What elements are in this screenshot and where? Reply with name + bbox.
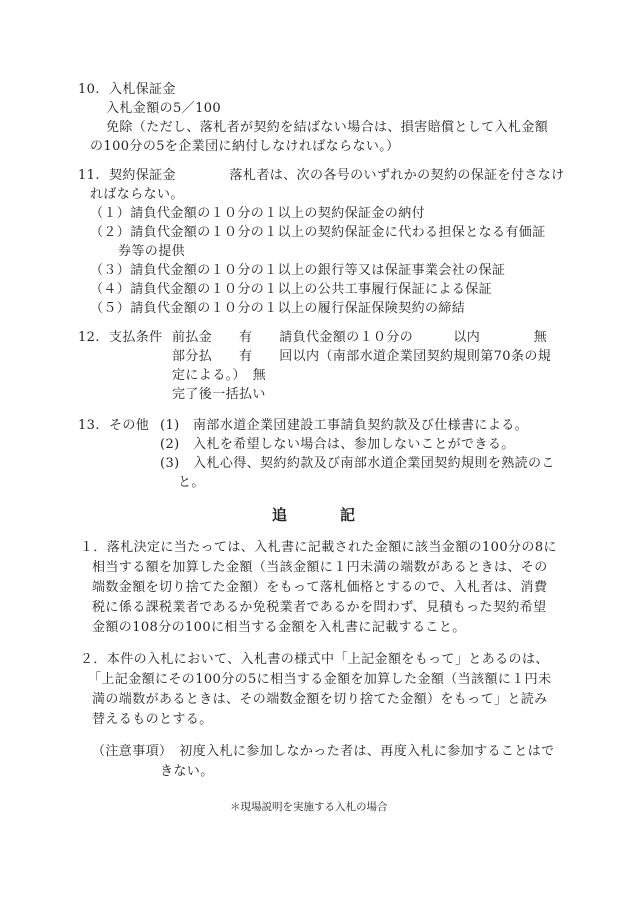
section-13-heading: 13. その他 <box>78 418 149 434</box>
addendum-item-1-line: 金額の108分の100に相当する金額を入札書に記載すること。 <box>92 620 466 636</box>
section-13-item-3-cont: と。 <box>178 475 205 491</box>
section-11-heading: 11. 契約保証金 落札者は、次の各号のいずれかの契約の保証を付さなけ <box>78 168 565 184</box>
section-11-item-2: （２）請負代金額の１０分の１以上の契約保証金に代わる担保となる有価証 <box>90 225 546 241</box>
section-12-advance: 前払金 有 請負代金額の１０分の 以内 無 <box>172 330 547 346</box>
section-10-exemption: 免除（ただし、落札者が契約を結ばない場合は、損害賠償として入札金額 <box>106 120 548 136</box>
addendum-title: 追 記 <box>272 504 357 525</box>
section-13-item-1: (1) 南部水道企業団建設工事請負契約款及び仕様書による。 <box>160 418 528 434</box>
section-10-rate: 入札金額の5／100 <box>106 101 221 117</box>
section-13-item-2: (2) 入札を希望しない場合は、参加しないことができる。 <box>160 437 515 453</box>
section-11-item-4: （４）請負代金額の１０分の１以上の公共工事履行保証による保証 <box>90 282 492 298</box>
section-13-item-3: (3) 入札心得、契約約款及び南部水道企業団契約規則を熟読のこ <box>160 456 555 472</box>
section-11-item-3: （３）請負代金額の１０分の１以上の銀行等又は保証事業会社の保証 <box>90 263 505 279</box>
addendum-item-2-line: 満の端数があるときは、その端数金額を切り捨てた金額）をもって」と読み <box>92 692 548 708</box>
addendum-item-2-line: ２．本件の入札において、入札書の様式中「上記金額をもって」とあるのは、 <box>80 652 549 668</box>
section-10-heading: 10. 入札保証金 <box>78 82 176 98</box>
addendum-item-1-line: 相当する額を加算した金額（当該金額に１円未満の端数があるときは、その <box>92 560 548 576</box>
addendum-item-2-line: 「上記金額にその100分の5に相当する金額を加算した金額（当該額に１円未 <box>88 672 551 688</box>
caution-line: （注意事項） 初度入札に参加しなかった者は、再度入札に参加することはで <box>92 744 555 760</box>
addendum-item-1-line: １．落札決定に当たっては、入札書に記載された金額に該当金額の100分の8に <box>80 540 557 556</box>
addendum-item-1-line: 税に係る課税業者であるか免税業者であるかを問わず、見積もった契約希望 <box>92 600 547 616</box>
section-12-partial-cont: 定による。） 無 <box>172 368 266 384</box>
addendum-item-2-line: 替えるものとする。 <box>92 712 213 728</box>
section-11-item-5: （５）請負代金額の１０分の１以上の履行保証保険契約の締結 <box>90 301 465 317</box>
section-11-heading-cont: ればならない。 <box>90 187 184 203</box>
addendum-item-1-line: 端数金額を切り捨てた金額）をもって落札価格とするので、入札者は、消費 <box>92 580 547 596</box>
section-12-lump-sum: 完了後一括払い <box>172 387 266 403</box>
section-10-exemption-cont: の100分の5を企業団に納付しなければならない。） <box>90 139 400 155</box>
section-11-item-2-cont: 券等の提供 <box>118 244 185 260</box>
section-12-heading: 12. 支払条件 <box>78 330 163 346</box>
section-11-item-1: （１）請負代金額の１０分の１以上の契約保証金の納付 <box>90 206 425 222</box>
section-12-partial: 部分払 有 回以内（南部水道企業団契約規則第70条の規 <box>172 349 551 365</box>
footnote: ＊現場説明を実施する入札の場合 <box>230 799 388 814</box>
caution-line-cont: きない。 <box>160 764 214 780</box>
